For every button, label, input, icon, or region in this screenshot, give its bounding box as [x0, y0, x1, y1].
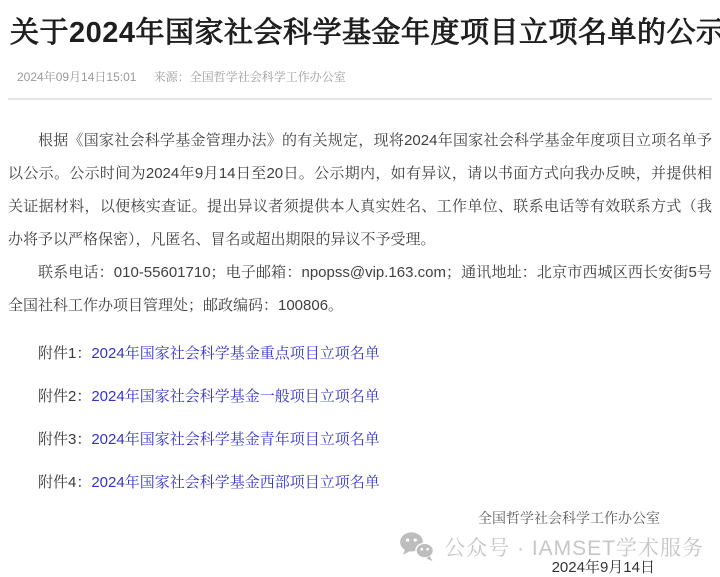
attachment-link-youth-projects[interactable]: 2024年国家社会科学基金青年项目立项名单 — [91, 431, 379, 448]
attachment-list: 附件1：2024年国家社会科学基金重点项目立项名单 附件2：2024年国家社会科… — [8, 332, 712, 504]
attachment-label: 附件4： — [38, 474, 91, 491]
article-meta: 2024年09月14日15:01 来源：全国哲学社会科学工作办公室 — [0, 53, 720, 85]
attachment-item-2: 附件2：2024年国家社会科学基金一般项目立项名单 — [8, 375, 712, 418]
attachment-item-3: 附件3：2024年国家社会科学基金青年项目立项名单 — [8, 418, 712, 461]
attachment-item-1: 附件1：2024年国家社会科学基金重点项目立项名单 — [8, 332, 712, 375]
source-label: 来源： — [154, 70, 190, 84]
article-body: 根据《国家社会科学基金管理办法》的有关规定，现将2024年国家社会科学基金年度项… — [0, 100, 720, 577]
attachment-link-key-projects[interactable]: 2024年国家社会科学基金重点项目立项名单 — [91, 345, 379, 362]
signature-org: 全国哲学社会科学工作办公室 — [8, 509, 712, 527]
paragraph-contact: 联系电话：010-55601710；电子邮箱：npopss@vip.163.co… — [8, 256, 712, 322]
attachment-link-general-projects[interactable]: 2024年国家社会科学基金一般项目立项名单 — [91, 388, 379, 405]
paragraph-announcement: 根据《国家社会科学基金管理办法》的有关规定，现将2024年国家社会科学基金年度项… — [8, 124, 712, 256]
attachment-item-4: 附件4：2024年国家社会科学基金西部项目立项名单 — [8, 461, 712, 504]
source-name: 全国哲学社会科学工作办公室 — [190, 70, 346, 84]
announcement-page: 关于2024年国家社会科学基金年度项目立项名单的公示 2024年09月14日15… — [0, 0, 720, 577]
attachment-label: 附件3： — [38, 431, 91, 448]
page-title: 关于2024年国家社会科学基金年度项目立项名单的公示 — [0, 0, 720, 53]
attachment-label: 附件1： — [38, 345, 91, 362]
publish-datetime: 2024年09月14日15:01 — [17, 70, 136, 84]
attachment-link-western-projects[interactable]: 2024年国家社会科学基金西部项目立项名单 — [91, 474, 379, 491]
attachment-label: 附件2： — [38, 388, 91, 405]
signature-date: 2024年9月14日 — [8, 556, 712, 577]
